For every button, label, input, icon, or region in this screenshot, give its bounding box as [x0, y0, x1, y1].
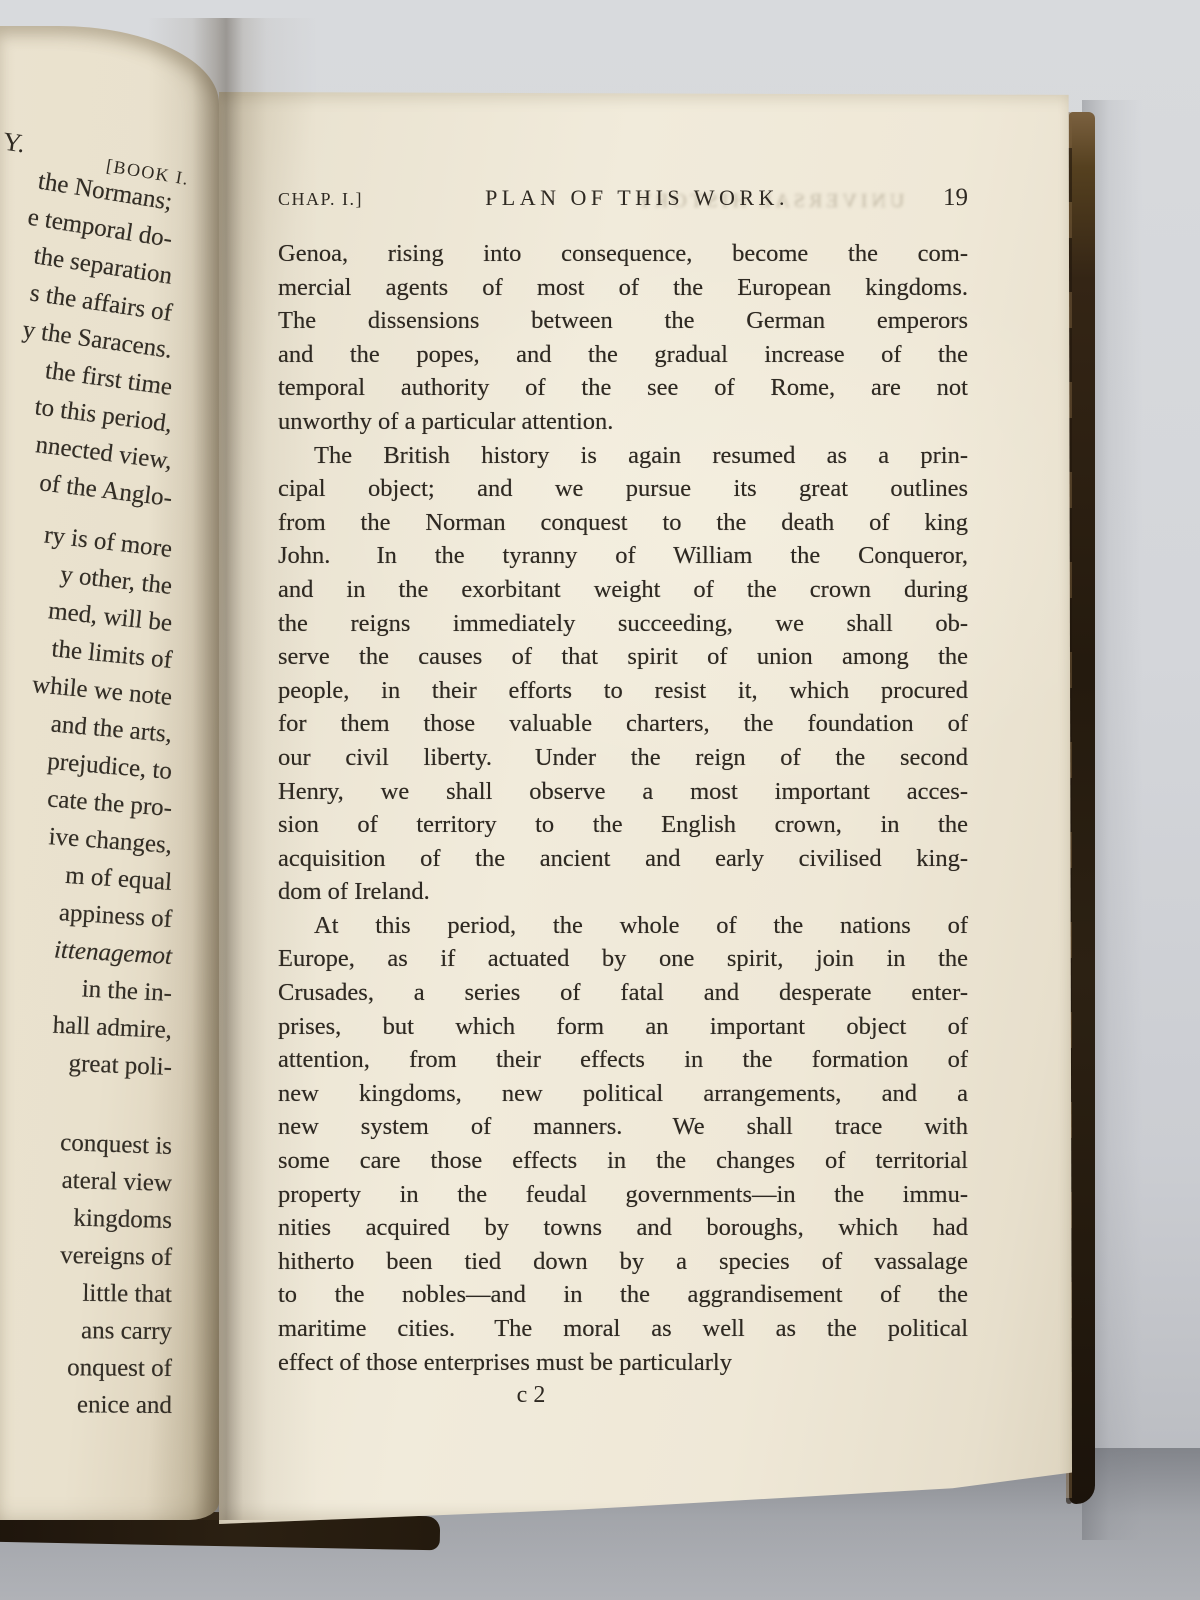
left-page-line: kingdoms	[0, 1194, 172, 1239]
left-page-line: ans carry	[0, 1310, 172, 1350]
text-line: John. In the tyranny of William the Conq…	[278, 539, 968, 573]
text-line: Genoa, rising into consequence, become t…	[278, 237, 968, 271]
text-line: nities acquired by towns and boroughs, w…	[278, 1211, 968, 1245]
text-line: cipal object; and we pursue its great ou…	[278, 472, 968, 506]
text-line: effect of those enterprises must be part…	[278, 1346, 968, 1380]
text-line: dom of Ireland.	[278, 875, 968, 909]
text-line: sion of territory to the English crown, …	[278, 808, 968, 842]
text-line: acquisition of the ancient and early civ…	[278, 842, 968, 876]
text-line: maritime cities. The moral as well as th…	[278, 1312, 968, 1346]
right-page: UNIVERSAL HISTORY CHAP. I.] PLAN OF THIS…	[219, 92, 1072, 1524]
text-line: for them those valuable charters, the fo…	[278, 707, 968, 741]
text-line: from the Norman conquest to the death of…	[278, 506, 968, 540]
page-header: CHAP. I.] PLAN OF THIS WORK. 19	[278, 184, 968, 212]
left-page: Y. [BOOK I. the Normans;e temporal do-th…	[0, 26, 219, 1520]
text-line: unworthy of a particular attention.	[278, 405, 968, 439]
left-page-line: little that	[0, 1272, 172, 1313]
left-page-line: enice and	[0, 1385, 172, 1424]
text-line: hitherto been tied down by a species of …	[278, 1245, 968, 1279]
text-line: mercial agents of most of the European k…	[278, 271, 968, 305]
text-line: The British history is again resumed as …	[278, 439, 968, 473]
left-page-line: vereigns of	[0, 1233, 172, 1276]
text-line: attention, from their effects in the for…	[278, 1043, 968, 1077]
text-line: our civil liberty. Under the reign of th…	[278, 741, 968, 775]
text-line: The dissensions between the German emper…	[278, 304, 968, 338]
text-line: some care those effects in the changes o…	[278, 1144, 968, 1178]
text-line: new kingdoms, new political arrangements…	[278, 1077, 968, 1111]
text-line: prises, but which form an important obje…	[278, 1010, 968, 1044]
text-line: the reigns immediately succeeding, we sh…	[278, 607, 968, 641]
page-title: PLAN OF THIS WORK.	[485, 185, 789, 211]
text-line: to the nobles—and in the aggrandisement …	[278, 1278, 968, 1312]
text-line: people, in their efforts to resist it, w…	[278, 674, 968, 708]
left-running-header-fragment: Y.	[1, 127, 27, 160]
text-line: Europe, as if actuated by one spirit, jo…	[278, 942, 968, 976]
left-page-line: conquest is	[0, 1117, 173, 1165]
text-line: temporal authority of the see of Rome, a…	[278, 371, 968, 405]
left-page-lines: the Normans;e temporal do-the separation…	[0, 184, 172, 1424]
text-line: serve the causes of that spirit of union…	[278, 640, 968, 674]
text-line: Crusades, a series of fatal and desperat…	[278, 976, 968, 1010]
text-line: and the popes, and the gradual increase …	[278, 338, 968, 372]
text-line: and in the exorbitant weight of the crow…	[278, 573, 968, 607]
text-line: property in the feudal governments—in th…	[278, 1178, 968, 1212]
right-page-text: CHAP. I.] PLAN OF THIS WORK. 19 Genoa, r…	[278, 184, 968, 1409]
chapter-header: CHAP. I.]	[278, 189, 363, 210]
page-number: 19	[943, 184, 968, 212]
signature-mark: c 2	[186, 1382, 876, 1409]
paragraph: The British history is again resumed as …	[278, 439, 968, 909]
paragraph: Genoa, rising into consequence, become t…	[278, 237, 968, 439]
text-line: Henry, we shall observe a most important…	[278, 775, 968, 809]
book-cover-fore-edge	[1069, 112, 1095, 1504]
right-page-paragraphs: Genoa, rising into consequence, become t…	[278, 237, 968, 1379]
book-photo: Y. [BOOK I. the Normans;e temporal do-th…	[0, 0, 1200, 1600]
left-page-line: onquest of	[0, 1348, 172, 1387]
text-line: new system of manners. We shall trace wi…	[278, 1110, 968, 1144]
paragraph: At this period, the whole of the nations…	[278, 909, 968, 1379]
text-line: At this period, the whole of the nations…	[278, 909, 968, 943]
